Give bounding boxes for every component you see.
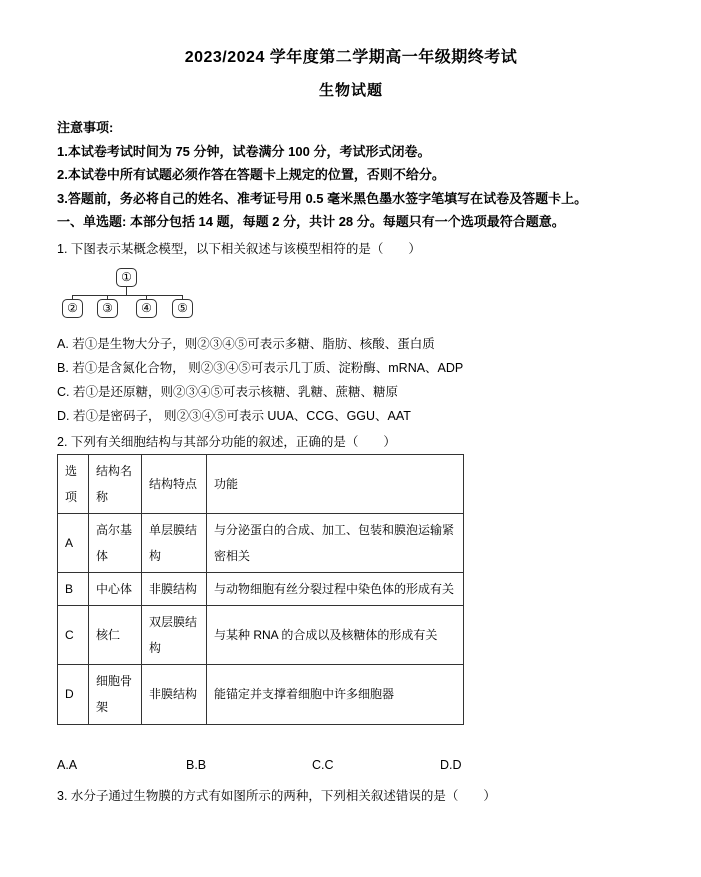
q2-table: 选项 结构名称 结构特点 功能 A 高尔基体 单层膜结构 与分泌蛋白的合成、加工… xyxy=(57,454,464,725)
table-cell: 能锚定并支撑着细胞中许多细胞器 xyxy=(207,664,464,724)
diagram-node-child: ② xyxy=(62,299,83,318)
table-cell: 核仁 xyxy=(89,605,142,664)
question-1-stem: 1. 下图表示某概念模型，以下相关叙述与该模型相符的是（ ） xyxy=(57,237,645,261)
diagram-node-child: ③ xyxy=(97,299,118,318)
table-cell: 单层膜结构 xyxy=(142,513,207,572)
table-cell: 非膜结构 xyxy=(142,664,207,724)
q2-choice-c: C.C xyxy=(312,753,440,777)
table-cell: 与某种 RNA 的合成以及核糖体的形成有关 xyxy=(207,605,464,664)
notice-heading: 注意事项: xyxy=(57,116,645,140)
table-cell: 与动物细胞有丝分裂过程中染色体的形成有关 xyxy=(207,572,464,605)
table-cell: D xyxy=(58,664,89,724)
table-cell: 双层膜结构 xyxy=(142,605,207,664)
connector-line xyxy=(146,295,147,299)
connector-line xyxy=(182,295,183,299)
table-header-feature: 结构特点 xyxy=(142,454,207,513)
table-row: C 核仁 双层膜结构 与某种 RNA 的合成以及核糖体的形成有关 xyxy=(58,605,464,664)
q1-option-a: A. 若①是生物大分子，则②③④⑤可表示多糖、脂肪、核酸、蛋白质 xyxy=(57,332,645,356)
exam-page: 2023/2024 学年度第二学期高一年级期终考试 生物试题 注意事项: 1.本… xyxy=(0,0,701,877)
connector-line xyxy=(107,295,108,299)
notice-item-3: 3.答题前，务必将自己的姓名、准考证号用 0.5 毫米黑色墨水签字笔填写在试卷及… xyxy=(57,187,609,211)
q2-choice-b: B.B xyxy=(186,753,312,777)
table-header-function: 功能 xyxy=(207,454,464,513)
q1-option-c: C. 若①是还原糖，则②③④⑤可表示核糖、乳糖、蔗糖、糖原 xyxy=(57,380,645,404)
connector-line xyxy=(72,295,73,299)
question-3-stem: 3. 水分子通过生物膜的方式有如图所示的两种，下列相关叙述错误的是（ ） xyxy=(57,784,645,808)
table-cell: 与分泌蛋白的合成、加工、包装和膜泡运输紧密相关 xyxy=(207,513,464,572)
table-cell: 细胞骨架 xyxy=(89,664,142,724)
diagram-node-child: ⑤ xyxy=(172,299,193,318)
table-row: D 细胞骨架 非膜结构 能锚定并支撑着细胞中许多细胞器 xyxy=(58,664,464,724)
connector-line xyxy=(126,287,127,295)
q1-option-b: B. 若①是含氮化合物， 则②③④⑤可表示几丁质、淀粉酶、mRNA、ADP xyxy=(57,356,645,380)
q2-answer-choices: A.AB.BC.CD.D xyxy=(57,753,645,777)
table-header-row: 选项 结构名称 结构特点 功能 xyxy=(58,454,464,513)
table-row: A 高尔基体 单层膜结构 与分泌蛋白的合成、加工、包装和膜泡运输紧密相关 xyxy=(58,513,464,572)
section-1-heading: 一、单选题: 本部分包括 14 题，每题 2 分，共计 28 分。每题只有一个选… xyxy=(57,210,645,234)
question-2-stem: 2. 下列有关细胞结构与其部分功能的叙述，正确的是（ ） xyxy=(57,430,645,454)
q2-choice-d: D.D xyxy=(440,753,462,777)
exam-title: 2023/2024 学年度第二学期高一年级期终考试 xyxy=(57,47,645,69)
q1-options: A. 若①是生物大分子，则②③④⑤可表示多糖、脂肪、核酸、蛋白质 B. 若①是含… xyxy=(57,332,645,428)
table-cell: 非膜结构 xyxy=(142,572,207,605)
diagram-node-root: ① xyxy=(116,268,137,287)
table-cell: B xyxy=(58,572,89,605)
diagram-node-child: ④ xyxy=(136,299,157,318)
table-row: B 中心体 非膜结构 与动物细胞有丝分裂过程中染色体的形成有关 xyxy=(58,572,464,605)
exam-content: 2023/2024 学年度第二学期高一年级期终考试 生物试题 注意事项: 1.本… xyxy=(0,0,701,808)
table-header-name: 结构名称 xyxy=(89,454,142,513)
table-cell: A xyxy=(58,513,89,572)
notice-section: 注意事项: 1.本试卷考试时间为 75 分钟，试卷满分 100 分，考试形式闭卷… xyxy=(57,116,645,210)
notice-item-2: 2.本试卷中所有试题必须作答在答题卡上规定的位置，否则不给分。 xyxy=(57,163,645,187)
table-header-option: 选项 xyxy=(58,454,89,513)
q1-option-d: D. 若①是密码子， 则②③④⑤可表示 UUA、CCG、GGU、AAT xyxy=(57,404,645,428)
connector-line xyxy=(72,295,183,296)
table-cell: 中心体 xyxy=(89,572,142,605)
q2-choice-a: A.A xyxy=(57,753,186,777)
table-cell: C xyxy=(58,605,89,664)
q1-concept-model-diagram: ① ② ③ ④ ⑤ xyxy=(60,268,270,324)
table-cell: 高尔基体 xyxy=(89,513,142,572)
exam-subtitle: 生物试题 xyxy=(57,81,645,101)
notice-item-1: 1.本试卷考试时间为 75 分钟，试卷满分 100 分，考试形式闭卷。 xyxy=(57,140,645,164)
